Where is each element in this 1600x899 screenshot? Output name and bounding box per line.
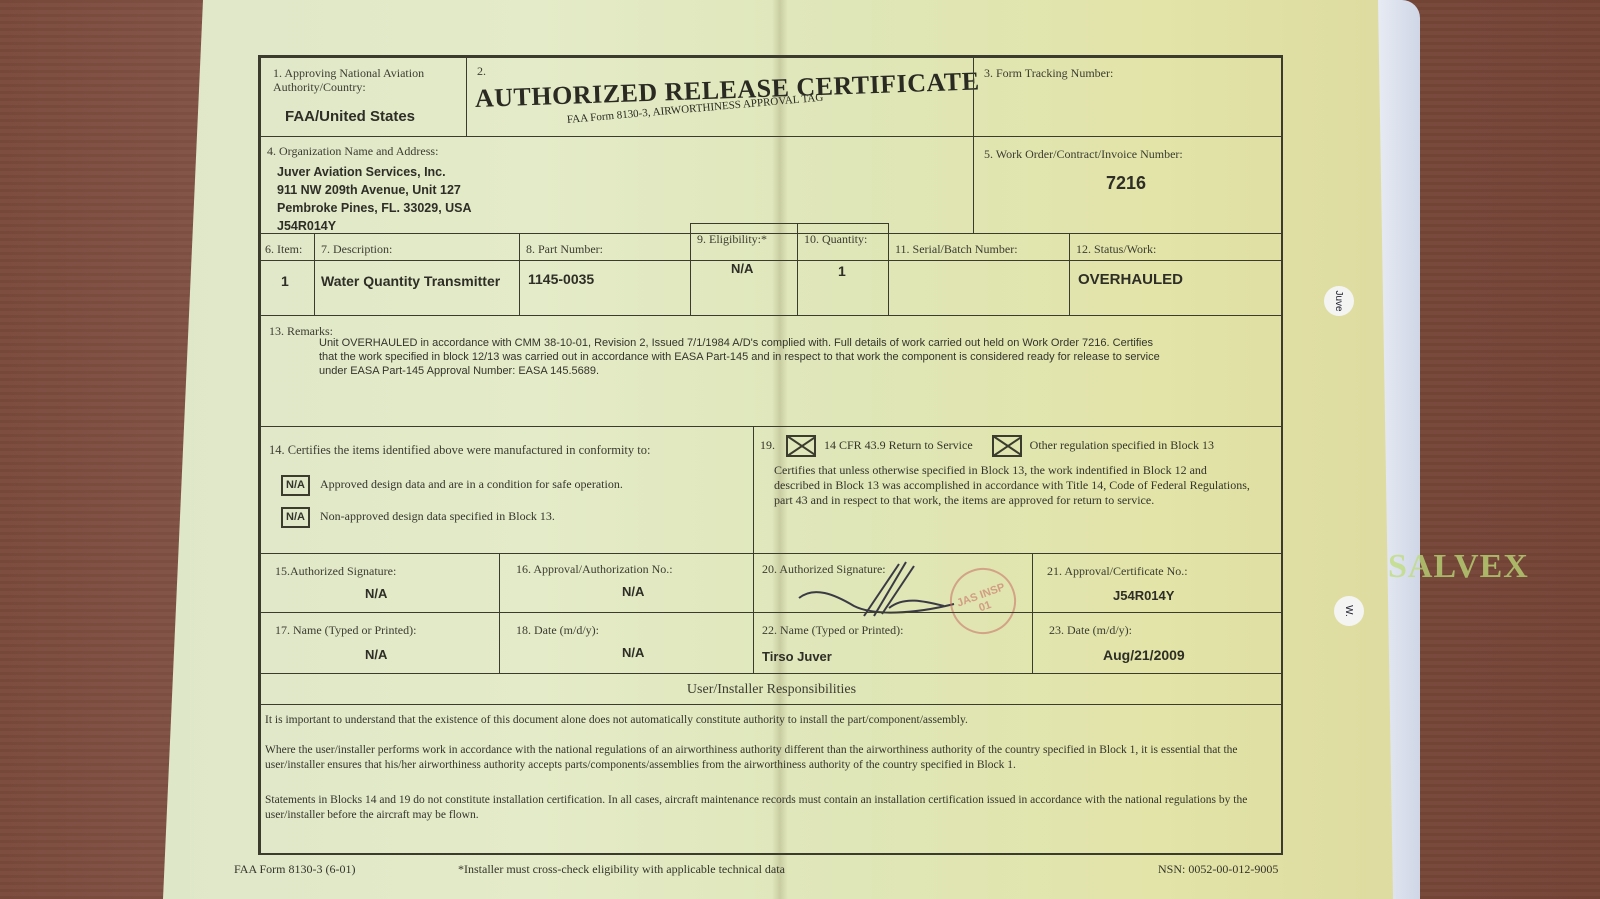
block18-date: 18. Date (m/d/y): N/A — [499, 612, 754, 674]
footer-eligibility-note: *Installer must cross-check eligibility … — [458, 862, 785, 877]
responsibility-paragraph-2: Where the user/installer performs work i… — [265, 743, 1275, 773]
block4-organization: 4. Organization Name and Address: Juver … — [260, 136, 974, 234]
block3-label: 3. Form Tracking Number: — [984, 66, 1113, 81]
footer-form-id: FAA Form 8130-3 (6-01) — [234, 862, 355, 877]
block14-label: 14. Certifies the items identified above… — [269, 443, 650, 458]
certificate-form: 1. Approving National Aviation Authority… — [258, 55, 1283, 855]
responsibility-paragraph-1: It is important to understand that the e… — [265, 713, 1275, 728]
block19-return-to-service: 19. 14 CFR 43.9 Return to Service Other … — [753, 426, 1283, 554]
salvex-watermark: SALVEX — [1388, 548, 1529, 586]
description-value: Water Quantity Transmitter — [321, 271, 511, 291]
cell-status: OVERHAULED — [1069, 260, 1283, 316]
block19-text: Certifies that unless otherwise specifie… — [774, 463, 1254, 508]
block23-value: Aug/21/2009 — [1103, 647, 1185, 663]
block23-date: 23. Date (m/d/y): Aug/21/2009 — [1032, 612, 1283, 674]
sticker-w: W. — [1334, 596, 1364, 626]
block19-number: 19. — [760, 438, 775, 452]
block5-work-order: 5. Work Order/Contract/Invoice Number: 7… — [973, 136, 1283, 234]
cell-eligibility: N/A — [690, 260, 798, 316]
block17-name: 17. Name (Typed or Printed): N/A — [260, 612, 500, 674]
cell-serial — [888, 260, 1070, 316]
remarks-line-3: under EASA Part-145 Approval Number: EAS… — [319, 364, 1269, 378]
responsibilities-title: User/Installer Responsibilities — [261, 682, 1282, 698]
block19-checkboxes: 19. 14 CFR 43.9 Return to Service Other … — [760, 435, 1214, 457]
other-regulation-checkbox[interactable] — [992, 435, 1022, 457]
cfr-43-9-label: 14 CFR 43.9 Return to Service — [824, 438, 973, 452]
block17-value: N/A — [365, 647, 387, 662]
block16-approval-no: 16. Approval/Authorization No.: N/A — [499, 553, 754, 613]
org-name: Juver Aviation Services, Inc. — [277, 163, 472, 181]
responsibility-paragraph-3: Statements in Blocks 14 and 19 do not co… — [265, 793, 1275, 823]
block2-number: 2. — [477, 64, 486, 79]
org-city: Pembroke Pines, FL. 33029, USA — [277, 199, 472, 217]
block15-label: 15.Authorized Signature: — [275, 564, 396, 579]
part-number-value: 1145-0035 — [528, 271, 594, 287]
non-approved-design-text: Non-approved design data specified in Bl… — [320, 509, 555, 523]
block5-label: 5. Work Order/Contract/Invoice Number: — [984, 147, 1183, 162]
approved-design-na-box: N/A — [281, 475, 310, 496]
block2-title: 2. AUTHORIZED RELEASE CERTIFICATE FAA Fo… — [466, 57, 974, 137]
header-serial-label: 11. Serial/Batch Number: — [895, 242, 1018, 257]
header-quantity: 10. Quantity: — [797, 223, 889, 261]
block14-option-approved: N/AApproved design data and are in a con… — [281, 475, 623, 496]
block22-value: Tirso Juver — [762, 649, 832, 664]
item-value: 1 — [281, 273, 289, 289]
responsibilities-header: User/Installer Responsibilities — [260, 673, 1283, 705]
cell-part-number: 1145-0035 — [519, 260, 691, 316]
footer-nsn: NSN: 0052-00-012-9005 — [1158, 862, 1278, 877]
block18-value: N/A — [622, 645, 644, 660]
cell-description: Water Quantity Transmitter — [314, 260, 520, 316]
block16-value: N/A — [622, 584, 644, 599]
header-description-label: 7. Description: — [321, 242, 392, 257]
cfr-43-9-checkbox[interactable] — [786, 435, 816, 457]
block18-label: 18. Date (m/d/y): — [516, 623, 599, 638]
block3-tracking-number: 3. Form Tracking Number: — [973, 57, 1283, 137]
approved-design-text: Approved design data and are in a condit… — [320, 477, 623, 491]
cell-quantity: 1 — [797, 260, 889, 316]
block14-option-non-approved: N/ANon-approved design data specified in… — [281, 507, 555, 528]
header-item: 6. Item: — [260, 233, 315, 261]
block14-conformity: 14. Certifies the items identified above… — [260, 426, 754, 554]
block13-remarks: 13. Remarks: Unit OVERHAULED in accordan… — [260, 315, 1283, 427]
org-street: 911 NW 209th Avenue, Unit 127 — [277, 181, 472, 199]
header-status-label: 12. Status/Work: — [1076, 242, 1156, 257]
block4-label: 4. Organization Name and Address: — [267, 144, 438, 159]
header-eligibility-label: 9. Eligibility:* — [697, 232, 767, 247]
block15-signature: 15.Authorized Signature: N/A — [260, 553, 500, 613]
sticker-juve: Juve — [1324, 286, 1354, 316]
block21-certificate-no: 21. Approval/Certificate No.: J54R014Y — [1032, 553, 1283, 613]
block20-authorized-signature: 20. Authorized Signature: JAS INSP 01 — [753, 553, 1033, 613]
block16-label: 16. Approval/Authorization No.: — [516, 562, 673, 577]
block1-authority: 1. Approving National Aviation Authority… — [260, 57, 467, 137]
remarks-line-2: that the work specified in block 12/13 w… — [319, 350, 1269, 364]
block15-value: N/A — [365, 586, 387, 601]
remarks-line-1: Unit OVERHAULED in accordance with CMM 3… — [319, 336, 1269, 350]
responsibilities-body: It is important to understand that the e… — [260, 704, 1283, 855]
block17-label: 17. Name (Typed or Printed): — [275, 623, 416, 638]
block22-label: 22. Name (Typed or Printed): — [762, 623, 903, 638]
header-part-number-label: 8. Part Number: — [526, 242, 603, 257]
header-eligibility: 9. Eligibility:* — [690, 223, 798, 261]
header-status: 12. Status/Work: — [1069, 233, 1283, 261]
block5-value: 7216 — [1106, 173, 1146, 194]
header-serial: 11. Serial/Batch Number: — [888, 233, 1070, 261]
header-description: 7. Description: — [314, 233, 520, 261]
block21-label: 21. Approval/Certificate No.: — [1047, 564, 1188, 579]
other-regulation-label: Other regulation specified in Block 13 — [1030, 438, 1214, 452]
block1-label: 1. Approving National Aviation Authority… — [273, 66, 458, 94]
block1-value: FAA/United States — [285, 108, 415, 125]
header-quantity-label: 10. Quantity: — [804, 232, 867, 247]
remarks-text: Unit OVERHAULED in accordance with CMM 3… — [319, 336, 1269, 378]
block21-value: J54R014Y — [1113, 588, 1174, 603]
non-approved-design-na-box: N/A — [281, 507, 310, 528]
status-value: OVERHAULED — [1078, 271, 1183, 288]
eligibility-value: N/A — [731, 261, 753, 276]
cell-item: 1 — [260, 260, 315, 316]
quantity-value: 1 — [838, 263, 846, 279]
header-item-label: 6. Item: — [265, 242, 302, 257]
header-part-number: 8. Part Number: — [519, 233, 691, 261]
block22-name: 22. Name (Typed or Printed): Tirso Juver — [753, 612, 1033, 674]
organization-address: Juver Aviation Services, Inc. 911 NW 209… — [277, 163, 472, 235]
block23-label: 23. Date (m/d/y): — [1049, 623, 1132, 638]
